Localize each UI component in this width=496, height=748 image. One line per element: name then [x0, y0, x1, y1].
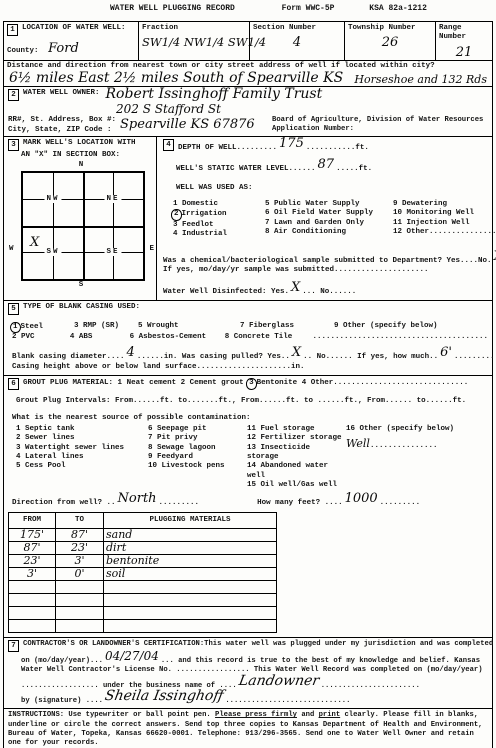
grout-1-number: 1	[118, 379, 123, 387]
certification-line1: CONTRACTOR'S OR LANDOWNER'S CERTIFICATIO…	[23, 640, 493, 648]
mark-location-label-line1: MARK WELL'S LOCATION WITH	[23, 139, 136, 147]
range-cell: Range Number 21	[435, 22, 492, 60]
cell-to: 87'	[56, 528, 104, 541]
casing-6-label: Asbestos-Cement	[139, 333, 207, 341]
use-5-number: 5	[265, 200, 270, 208]
casing-options-row2: 2 PVC 4 ABS 6 Asbestos-Cement 8 Concrete…	[12, 333, 488, 342]
contamination-label: What is the nearest source of possible c…	[12, 414, 488, 423]
table-header-row: FROM TO PLUGGING MATERIALS	[9, 512, 277, 528]
pulled-suffix: .........	[454, 353, 495, 361]
section4-number-badge: 4	[163, 139, 174, 151]
casing-7-number: 7	[240, 322, 245, 330]
casing-7-label: Fiberglass	[249, 322, 294, 330]
cell-to	[56, 593, 104, 606]
cont-14: 14 Abandoned water well	[247, 462, 346, 481]
distance-value: 6½ miles East 2½ miles South of Spearvil…	[9, 71, 343, 85]
pulled-mid: .. No...... If yes, how much..	[303, 353, 438, 361]
cell-from	[9, 619, 56, 632]
certification-line5-suffix: .............................	[225, 697, 350, 705]
table-row: 87'23'dirt	[9, 541, 277, 554]
cell-from	[9, 606, 56, 619]
contamination-options: 1 Septic tank 2 Sewer lines 3 Watertight…	[16, 425, 488, 491]
table-row: 3'0'soil	[9, 567, 277, 580]
grout-2-number: 2	[181, 379, 186, 387]
county-label: County:	[7, 47, 39, 55]
cont-5: 5 Cess Pool	[16, 462, 148, 471]
casing-9-label: Other (specify below)	[343, 322, 438, 330]
casing-3-label: RMP (SR)	[83, 322, 119, 330]
section-number-label: Section Number	[253, 24, 341, 33]
instructions-underline2: print	[319, 711, 341, 719]
cont-15: 15 Oil well/Gas well	[247, 481, 346, 490]
disinfected-yes-x: X	[291, 280, 300, 295]
use-11-number: 11	[393, 219, 402, 227]
cell-material	[104, 580, 277, 593]
cell-material: soil	[104, 567, 277, 580]
cell-from: 3'	[9, 567, 56, 580]
feet-value: 1000	[345, 491, 378, 506]
cont-6: 6 Seepage pit	[148, 425, 247, 434]
cell-from: 23'	[9, 554, 56, 567]
certification-line2-prefix: on (mo/day/year)...	[21, 657, 103, 665]
diameter-prefix: Blank casing diameter....	[12, 353, 125, 361]
section-depth-use: 4DEPTH OF WELL.........175...........ft.…	[157, 137, 496, 300]
completed-date-value: 04/27/04	[105, 649, 159, 663]
cell-material	[104, 619, 277, 632]
casing-9-number: 9	[334, 322, 339, 330]
cont-7: 7 Pit privy	[148, 434, 247, 443]
section-location: 1LOCATION OF WATER WELL: County: Ford Fr…	[3, 21, 493, 87]
disinfected-suffix: ... No......	[302, 288, 356, 296]
section-number-value: 4	[253, 36, 341, 49]
fraction-cell: Fraction SW1/4 NW1/4 SW1/4	[138, 22, 249, 60]
casing-1-label: Steel	[21, 323, 44, 331]
use-3-label: Feedlot	[182, 221, 214, 229]
col-header-from: FROM	[9, 512, 56, 528]
cell-to: 3'	[56, 554, 104, 567]
cont-1: 1 Septic tank	[16, 425, 148, 434]
form-number: Form WWC-5P	[282, 4, 335, 13]
well-location-x-mark: X	[30, 236, 39, 249]
mark-location-label-line2: AN "X" IN SECTION BOX:	[21, 151, 154, 160]
form-body: 1LOCATION OF WATER WELL: County: Ford Fr…	[3, 21, 493, 748]
casing-2-number: 2	[12, 333, 17, 341]
sample-date-line: If yes, mo/day/yr sample was submitted..…	[163, 266, 496, 275]
casing-4-number: 4	[70, 333, 75, 341]
depth-value: 175	[279, 136, 304, 151]
street-value: 202 S Stafford St	[116, 103, 488, 115]
instructions-part1: INSTRUCTIONS: Use typewriter or ball poi…	[8, 711, 215, 719]
cont-8: 8 Sewage lagoon	[148, 444, 247, 453]
table-row	[9, 606, 277, 619]
col-header-to: TO	[56, 512, 104, 528]
certification-line4-suffix: .......................	[321, 682, 420, 690]
cell-material: dirt	[104, 541, 277, 554]
disinfected-prefix: Water Well Disinfected: Yes.	[163, 288, 289, 296]
fraction-value: SW1/4 NW1/4 SW1/4	[142, 37, 246, 49]
distance-row: Distance and direction from nearest town…	[4, 60, 492, 86]
use-9-number: 9	[393, 200, 398, 208]
direction-suffix: .........	[159, 499, 200, 507]
location-label: LOCATION OF WATER WELL:	[22, 24, 126, 32]
cont-12: 12 Fertilizer storage	[247, 434, 346, 443]
use-12-label: Other..................	[407, 228, 496, 236]
address-label-line1: RR#, St. Address, Box #:	[8, 116, 116, 125]
compass-west-label: W	[9, 245, 14, 254]
cont-11: 11 Fuel storage	[247, 425, 346, 434]
cell-from: 175'	[9, 528, 56, 541]
cell-to	[56, 606, 104, 619]
used-as-label: WELL WAS USED AS:	[176, 184, 496, 193]
use-8-label: Air Conditioning	[274, 228, 346, 236]
township-cell: Township Number 26	[344, 22, 435, 60]
compass-north-label: N	[21, 161, 141, 170]
cell-material: bentonite	[104, 554, 277, 567]
cell-material	[104, 606, 277, 619]
use-7-number: 7	[265, 219, 270, 227]
section1-number-badge: 1	[7, 24, 18, 36]
cont-16-dots: ...............	[370, 442, 438, 450]
diameter-value: 4	[127, 345, 135, 360]
owner-value: Robert Issinghoff Family Trust	[106, 87, 323, 101]
range-label: Range Number	[439, 24, 489, 43]
use-6-label: Oil Field Water Supply	[274, 209, 373, 217]
cell-from	[9, 580, 56, 593]
cell-material: sand	[104, 528, 277, 541]
cell-to	[56, 619, 104, 632]
diameter-suffix: ......in. Was casing pulled? Yes..	[137, 353, 290, 361]
section5-number-badge: 5	[8, 303, 19, 315]
grout-3-number-circled: 3	[246, 378, 257, 389]
cell-material	[104, 593, 277, 606]
compass-east-label: E	[149, 245, 154, 254]
casing-8-number: 8	[225, 333, 230, 341]
casing-options-row1: 1Steel 3 RMP (SR) 5 Wrought 7 Fiberglass…	[12, 322, 488, 333]
section2-number-badge: 2	[8, 89, 19, 101]
table-row: 175'87'sand	[9, 528, 277, 541]
grout-label: GROUT PLUG MATERIAL:	[23, 379, 113, 387]
sample-question-prefix: Was a chemical/bacteriological sample su…	[163, 257, 492, 265]
static-level-suffix: .....ft.	[336, 165, 372, 173]
quadrant-nw-label: NW	[44, 195, 61, 203]
cell-from: 87'	[9, 541, 56, 554]
grout-2-label: Cement grout	[190, 379, 244, 387]
casing-8-label: Concrete Tile	[234, 333, 293, 341]
city-state-zip-value: Spearville KS 67876	[120, 118, 255, 131]
grout-4-number: 4	[302, 379, 307, 387]
use-1-label: Domestic	[182, 200, 218, 208]
casing-pulled-x: X	[292, 345, 301, 360]
range-value: 21	[439, 46, 489, 59]
signature-label: by (signature) ....	[21, 697, 103, 705]
quadrant-se-label: SE	[104, 248, 121, 256]
casing-4-label: ABS	[79, 333, 93, 341]
signature-value: Sheila Issinghoff	[104, 689, 225, 703]
township-value: 26	[348, 36, 432, 49]
section-location-depth: 3MARK WELL'S LOCATION WITH AN "X" IN SEC…	[3, 137, 493, 301]
feet-suffix: .........	[380, 499, 421, 507]
owner-label: WATER WELL OWNER:	[23, 89, 100, 97]
casing-3-number: 3	[74, 322, 79, 330]
board-label-line2: Application Number:	[272, 125, 488, 134]
section-box-grid: N NW NE SW SE X S W	[8, 161, 154, 290]
section-owner: 2WATER WELL OWNER: Robert Issinghoff Fam…	[3, 87, 493, 137]
feet-prefix: How many feet? ....	[257, 499, 343, 507]
township-section-grid: NW NE SW SE X	[21, 171, 145, 281]
statute-number: KSA 82a-1212	[369, 4, 427, 13]
table-row	[9, 619, 277, 632]
section-mark-location: 3MARK WELL'S LOCATION WITH AN "X" IN SEC…	[4, 137, 157, 300]
address-label-line2: City, State, ZIP Code :	[8, 126, 116, 135]
instructions-underline1: Please press firmly	[215, 711, 297, 719]
location-grid: 1LOCATION OF WATER WELL: County: Ford Fr…	[4, 22, 492, 60]
cont-16-label: 16 Other (specify below)	[346, 425, 488, 434]
use-4-label: Industrial	[182, 230, 227, 238]
use-10-number: 10	[393, 209, 402, 217]
casing-label: TYPE OF BLANK CASING USED:	[23, 303, 140, 311]
plugging-intervals-table: FROM TO PLUGGING MATERIALS 175'87'sand 8…	[8, 512, 277, 633]
use-11-label: Injection Well	[407, 219, 470, 227]
use-8-number: 8	[265, 228, 270, 236]
compass-south-label: S	[21, 281, 141, 290]
use-3-number: 3	[173, 221, 178, 229]
use-7-label: Lawn and Garden Only	[274, 219, 364, 227]
instructions-box: INSTRUCTIONS: Use typewriter or ball poi…	[3, 709, 493, 748]
township-label: Township Number	[348, 24, 432, 33]
cont-16-value: Well	[346, 437, 370, 450]
table-row	[9, 593, 277, 606]
form-title: WATER WELL PLUGGING RECORD	[110, 4, 235, 13]
depth-prefix: DEPTH OF WELL.........	[178, 144, 277, 152]
quadrant-ne-label: NE	[104, 195, 121, 203]
casing-other-dots: .......................................	[312, 333, 488, 341]
grout-4-label: Other..............................	[311, 379, 469, 387]
use-10-label: Monitoring Well	[407, 209, 475, 217]
cont-4: 4 Lateral lines	[16, 453, 148, 462]
static-level-prefix: WELL'S STATIC WATER LEVEL......	[176, 165, 316, 173]
well-use-options: 1 Domestic 2Irrigation 3 Feedlot 4 Indus…	[173, 200, 496, 240]
direction-prefix: Direction from well? ..	[12, 499, 116, 507]
use-2-label: Irrigation	[182, 210, 227, 218]
form-title-bar: WATER WELL PLUGGING RECORD Form WWC-5P K…	[0, 4, 496, 13]
fraction-label: Fraction	[142, 24, 246, 33]
grout-3-label: Bentonite	[257, 379, 298, 387]
use-9-label: Dewatering	[402, 200, 447, 208]
section6-number-badge: 6	[8, 378, 19, 390]
use-5-label: Public Water Supply	[274, 200, 360, 208]
cell-to	[56, 580, 104, 593]
cell-to: 0'	[56, 567, 104, 580]
cont-10: 10 Livestock pens	[148, 462, 247, 471]
casing-1-number-circled: 1	[10, 322, 21, 333]
business-name-value: Landowner	[237, 674, 319, 688]
section3-number-badge: 3	[8, 139, 19, 151]
casing-2-label: PVC	[21, 333, 35, 341]
depth-suffix: ...........ft.	[306, 144, 369, 152]
certification-line2-suffix: ... and this record is true to the best …	[161, 657, 480, 665]
cell-to: 23'	[56, 541, 104, 554]
section-casing: 5TYPE OF BLANK CASING USED: 1Steel 3 RMP…	[3, 301, 493, 377]
use-1-number: 1	[173, 200, 178, 208]
section-number-cell: Section Number 4	[249, 22, 344, 60]
casing-5-number: 5	[138, 322, 143, 330]
how-much-value: 6'	[440, 345, 452, 360]
cont-13: 13 Insecticide storage	[247, 444, 346, 463]
use-4-number: 4	[173, 230, 178, 238]
use-2-number-circled: 2	[171, 209, 182, 220]
section7-number-badge: 7	[8, 640, 19, 652]
section-certification: 7CONTRACTOR'S OR LANDOWNER'S CERTIFICATI…	[3, 638, 493, 709]
table-row	[9, 580, 277, 593]
use-6-number: 6	[265, 209, 270, 217]
static-level-value: 87	[318, 157, 335, 172]
cont-3: 3 Watertight sewer lines	[16, 444, 148, 453]
cont-9: 9 Feedyard	[148, 453, 247, 462]
quadrant-sw-label: SW	[44, 248, 61, 256]
direction-value: North	[118, 491, 157, 506]
casing-6-number: 6	[130, 333, 135, 341]
table-row: 23'3'bentonite	[9, 554, 277, 567]
casing-5-label: Wrought	[147, 322, 179, 330]
cell-from	[9, 593, 56, 606]
use-12-number: 12	[393, 228, 402, 236]
grout-intervals-label: Grout Plug Intervals: From......ft. to..…	[16, 397, 488, 406]
casing-height-label: Casing height above or below land surfac…	[12, 363, 488, 372]
grout-1-label: Neat cement	[127, 379, 177, 387]
col-header-materials: PLUGGING MATERIALS	[104, 512, 277, 528]
county-cell: 1LOCATION OF WATER WELL: County: Ford	[4, 22, 138, 60]
cont-2: 2 Sewer lines	[16, 434, 148, 443]
county-value: Ford	[48, 41, 79, 56]
board-label-line1: Board of Agriculture, Division of Water …	[272, 116, 488, 125]
distance-note: Horseshoe and 132 Rds	[354, 74, 487, 85]
instructions-part2: and	[297, 711, 319, 719]
section-grout-plug: 6GROUT PLUG MATERIAL: 1 Neat cement 2 Ce…	[3, 376, 493, 638]
scanned-form-page: WATER WELL PLUGGING RECORD Form WWC-5P K…	[0, 0, 496, 748]
